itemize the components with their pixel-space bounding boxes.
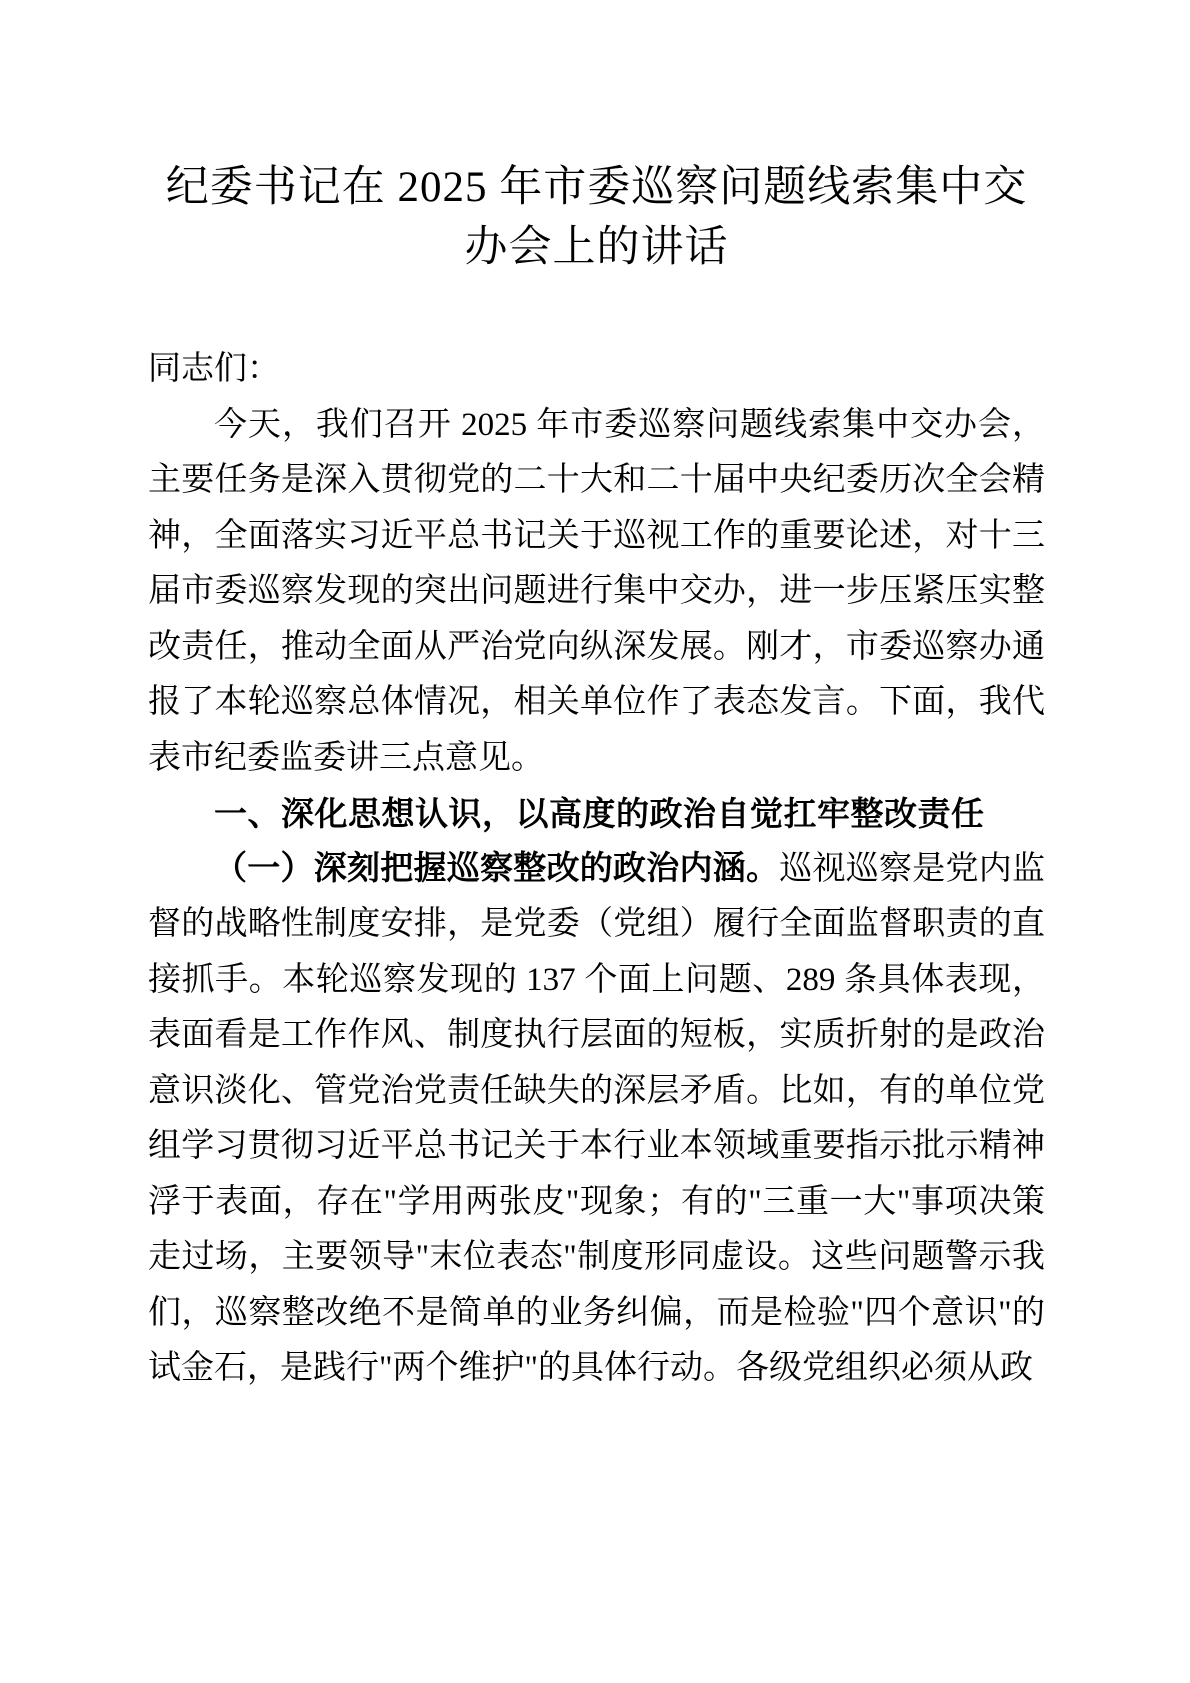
paragraph-section-1-1-text: 巡视巡察是党内监督的战略性制度安排，是党委（党组）履行全面监督职责的直接抓手。本…: [148, 851, 1045, 1387]
lead-emphasis: （一）深刻把握巡察整改的政治内涵。: [214, 851, 779, 887]
section-heading-1: 一、深化思想认识，以高度的政治自觉扛牢整改责任: [148, 786, 1045, 842]
document-title: 纪委书记在 2025 年市委巡察问题线索集中交办会上的讲话: [148, 158, 1045, 278]
salutation: 同志们：: [148, 342, 1045, 398]
paragraph-opening: 今天，我们召开 2025 年市委巡察问题线索集中交办会，主要任务是深入贯彻党的二…: [148, 398, 1045, 787]
document-title-line-2: 办会上的讲话: [465, 224, 729, 271]
document-title-line-1: 纪委书记在 2025 年市委巡察问题线索集中交: [166, 164, 1028, 211]
document-body: 同志们： 今天，我们召开 2025 年市委巡察问题线索集中交办会，主要任务是深入…: [148, 342, 1045, 1397]
document-page: 纪委书记在 2025 年市委巡察问题线索集中交办会上的讲话 同志们： 今天，我们…: [0, 0, 1190, 1683]
paragraph-section-1-1: （一）深刻把握巡察整改的政治内涵。巡视巡察是党内监督的战略性制度安排，是党委（党…: [148, 842, 1045, 1397]
